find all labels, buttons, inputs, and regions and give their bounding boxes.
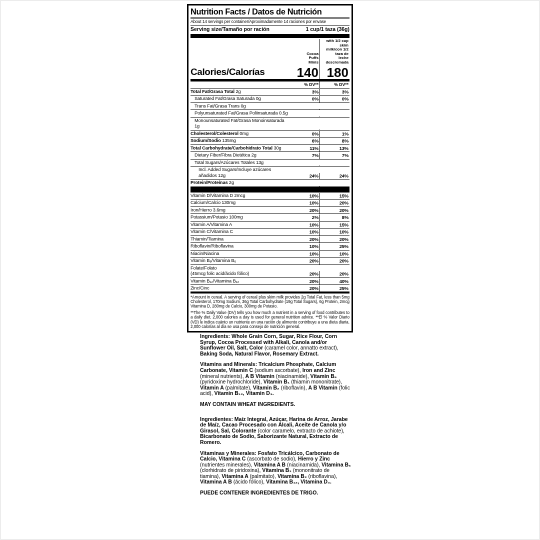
daily-value-cereal: 10% [290,193,320,199]
nutrient-row: Trans Fat/Grasa Trans 0g [191,102,350,109]
nutrient-row: Incl. Added Sugars/Incluye azúcares añad… [191,166,350,179]
daily-value-with-milk [320,116,350,117]
daily-value-with-milk: 13% [320,145,350,151]
nutrient-row: Vitamin D/Vitamina D 2mcg10%15% [191,192,350,199]
column-headers: Cocoa Puffs Minis with 1/2 cup skim milk… [191,38,350,66]
footnote-amount-in-cereal: *Amount in cereal. A serving of cereal p… [191,293,350,309]
daily-value-with-milk: 20% [320,271,350,277]
nutrient-row: Monounsaturated Fat/Grasa Monoinsaturada… [191,117,350,130]
daily-value-cereal: 10% [290,244,320,250]
ingredient-text-bold: Vitamina A B [200,479,233,485]
nutrient-row: Vitamin B₁₂/Vitamina B₁₂20%40% [191,277,350,284]
daily-value-cereal [290,109,320,110]
nutrient-name: Sodium/Sodio 135mg [191,138,290,145]
daily-value-cereal [290,129,320,130]
vitamins-minerals-english: Vitamins and Minerals: Tricalcium Phosph… [200,362,351,397]
daily-value-cereal: 0% [290,131,320,137]
nutrient-name: Iron/Hierro 3.6mg [191,207,290,214]
nutrient-name: Vitamin C/Vitamina C [191,229,290,236]
ingredient-text-light: (ácido fólico) [233,479,263,485]
macronutrient-rows: Total Fat/Grasa Total 2g3%3%Saturated Fa… [191,88,350,187]
nutrient-row: Cholesterol/Colesterol 0mg0%1% [191,130,350,137]
ingredient-text-bold: Baking Soda, Natural Flavor, Rosemary Ex… [200,351,319,357]
nutrient-name: Cholesterol/Colesterol 0mg [191,130,290,137]
daily-value-cereal: 10% [290,229,320,235]
vitamins-minerals-spanish: Vitaminas y Minerales: Fosfato Tricálcic… [200,451,351,486]
nutrient-row: Calcium/Calcio 130mg10%20% [191,199,350,206]
ingredient-text-light: , [343,428,344,434]
daily-value-with-milk: 8% [320,215,350,221]
daily-value-with-milk: 25% [320,244,350,250]
nutrient-row: Riboflavin/Riboflavina10%25% [191,243,350,250]
nutrient-row: Polyunsaturated Fat/Grasa Poliinsaturada… [191,110,350,117]
daily-value-with-milk: 7% [320,153,350,159]
calories-value-cereal: 140 [290,66,320,79]
nutrient-row: Thiamin/Tiamina20%20% [191,235,350,242]
nutrient-name: Vitamin B₆/Vitamina B₆ [191,258,290,265]
daily-value-with-milk: 8% [320,138,350,144]
daily-value-with-milk [320,166,350,167]
calories-row: Calories/Calorías 140 180 [191,66,350,79]
nutrient-name: Saturated Fat/Grasa Saturada 0g [191,96,290,103]
ingredients-section: Ingredients: Whole Grain Corn, Sugar, Ri… [200,334,351,501]
nutrient-name: Potassium/Potasio 100mg [191,214,290,221]
daily-value-cereal: 11% [290,145,320,151]
daily-value-with-milk: 20% [320,236,350,242]
ingredient-text-bold: Bicarbonato de Sodio, Saborizante Natura… [200,434,338,446]
daily-value-cereal [290,186,320,187]
nutrient-name: Monounsaturated Fat/Grasa Monoinsaturada… [191,117,290,130]
nutrient-name: Vitamin A/Vitamina A [191,221,290,228]
scale-wrapper: Nutrition Facts / Datos de Nutrición Abo… [0,0,540,540]
nutrient-row: Saturated Fat/Grasa Saturada 0g0%0% [191,95,350,102]
daily-value-cereal: 10% [290,251,320,257]
nutrient-name: Total Fat/Grasa Total 2g [191,88,290,95]
nutrient-name: Vitamin D/Vitamina D 2mcg [191,192,290,199]
nutrient-row: Dietary Fiber/Fibra Dietética 2g7%7% [191,152,350,159]
daily-value-cereal: 20% [290,236,320,242]
daily-value-cereal: 20% [290,258,320,264]
serving-size-label: Serving size/Tamaño por ración [191,26,270,33]
nutrient-name: Protein/Proteínas 2g [191,180,290,187]
daily-value-with-milk [320,109,350,110]
ingredients-english: Ingredients: Whole Grain Corn, Sugar, Ri… [200,334,351,357]
ingredient-text-bold: Vitamina B₁₂, Vitamina D₃. [266,479,331,485]
micronutrient-rows: Vitamin D/Vitamina D 2mcg10%15%Calcium/C… [191,192,350,292]
servings-per-container: About 14 servings per container/Aproxima… [191,19,350,26]
serving-size-row: Serving size/Tamaño por ración 1 cup/1 t… [191,26,350,35]
ingredient-text-light: , [337,345,338,351]
daily-value-with-milk: 10% [320,251,350,257]
ingredient-text-light: , [336,473,337,479]
nutrient-name: Niacin/Niacina [191,250,290,257]
daily-value-with-milk: 0% [320,96,350,102]
daily-value-cereal: 0% [290,96,320,102]
nutrient-name: Total Carbohydrate/Carbohidrato Total 30… [191,145,290,152]
nutrient-name: Vitamin B₁₂/Vitamina B₁₂ [191,278,290,285]
nutrient-row: Total Fat/Grasa Total 2g3%3% [191,88,350,95]
daily-value-cereal [290,166,320,167]
nutrient-name: Riboflavin/Riboflavina [191,243,290,250]
ingredient-text-bold: Vitamin B₁₂, Vitamin D₃. [214,391,274,397]
ingredient-text-light: (riboflavin) [281,385,306,391]
daily-value-with-milk [320,129,350,130]
daily-value-with-milk [320,186,350,187]
nutrient-name: Total Sugars/Azúcares Totales 13g [191,159,290,166]
nutrition-facts-panel: Nutrition Facts / Datos de Nutrición Abo… [187,4,353,333]
daily-value-with-milk: 1% [320,131,350,137]
nutrient-row: Total Carbohydrate/Carbohidrato Total 30… [191,144,350,151]
allergen-statement-spanish: PUEDE CONTENER INGREDIENTES DE TRIGO. [200,491,351,497]
nutrient-row: Vitamin C/Vitamina C10%10% [191,228,350,235]
nutrient-name: Incl. Added Sugars/Incluye azúcares añad… [191,167,290,180]
daily-value-with-milk: 3% [320,89,350,95]
nutrient-name: Zinc/Cinc [191,285,290,292]
nutrient-row: Zinc/Cinc20%25% [191,285,350,292]
nutrient-row: Niacin/Niacina10%10% [191,250,350,257]
nutrient-name: Folate/Folato (45mcg folic acid/ácido fó… [191,265,290,278]
daily-value-cereal: 2% [290,215,320,221]
column-header-cereal: Cocoa Puffs Minis [290,52,320,66]
ingredient-text-bold: A B Vitamin [308,385,339,391]
daily-value-with-milk: 15% [320,193,350,199]
dv-header-with-milk: % DV** [320,81,350,88]
column-header-with-milk: with 1/2 cup skim milk/con 1/2 taza de l… [320,39,350,66]
calories-value-with-milk: 180 [320,66,350,79]
daily-value-with-milk: 20% [320,207,350,213]
daily-value-cereal: 20% [290,271,320,277]
nutrient-name: Trans Fat/Grasa Trans 0g [191,103,290,110]
nutrient-row: Sodium/Sodio 135mg6%8% [191,137,350,144]
nutrient-row: Protein/Proteínas 2g [191,179,350,186]
daily-value-with-milk: 24% [320,173,350,179]
ingredients-spanish: Ingredientes: Maíz Integral, Azúcar, Har… [200,417,351,446]
daily-value-with-milk: 20% [320,258,350,264]
nutrient-row: Total Sugars/Azúcares Totales 13g [191,159,350,166]
daily-value-cereal: 10% [290,222,320,228]
nutrient-name: Dietary Fiber/Fibra Dietética 2g [191,152,290,159]
daily-value-with-milk: 40% [320,278,350,284]
daily-value-cereal: 20% [290,286,320,292]
daily-value-cereal: 3% [290,89,320,95]
daily-value-cereal: 20% [290,278,320,284]
footnote-daily-value: **The % Daily Value (DV) tells you how m… [191,309,350,329]
daily-value-cereal: 24% [290,173,320,179]
calories-label: Calories/Calorías [191,67,290,79]
daily-value-with-milk: 10% [320,229,350,235]
nutrient-row: Iron/Hierro 3.6mg20%20% [191,206,350,213]
nutrient-row: Vitamin A/Vitamina A10%15% [191,221,350,228]
daily-value-cereal: 20% [290,207,320,213]
serving-size-value: 1 cup/1 taza (36g) [306,26,350,33]
dv-header-cereal: % DV** [290,81,320,88]
nutrient-name: Thiamin/Tiamina [191,236,290,243]
daily-value-with-milk: 20% [320,200,350,206]
nutrient-name: Calcium/Calcio 130mg [191,200,290,207]
daily-value-cereal [290,116,320,117]
daily-value-cereal: 7% [290,153,320,159]
nutrient-row: Vitamin B₆/Vitamina B₆20%20% [191,257,350,264]
allergen-statement-english: MAY CONTAIN WHEAT INGREDIENTS. [200,402,351,408]
daily-value-with-milk: 25% [320,286,350,292]
nutrient-row: Folate/Folato (45mcg folic acid/ácido fó… [191,264,350,277]
daily-value-header-row: % DV** % DV** [191,79,350,88]
daily-value-cereal: 6% [290,138,320,144]
nutrition-facts-title: Nutrition Facts / Datos de Nutrición [191,7,350,19]
nutrient-name: Polyunsaturated Fat/Grasa Poliinsaturada… [191,110,290,117]
nutrient-row: Potassium/Potasio 100mg2%8% [191,214,350,221]
daily-value-with-milk: 15% [320,222,350,228]
daily-value-cereal: 10% [290,200,320,206]
